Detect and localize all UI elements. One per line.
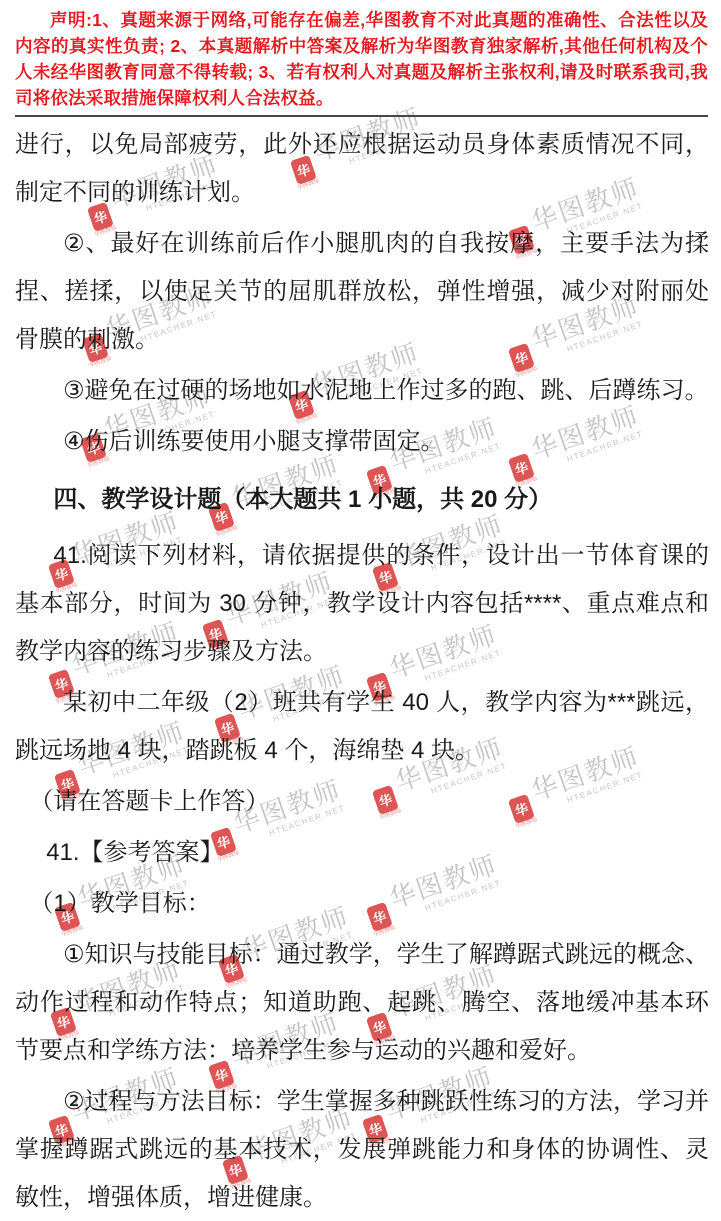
paragraph: ①知识与技能目标：通过教学，学生了解蹲踞式跳远的概念、动作过程和动作特点；知道助… [15, 931, 709, 1075]
disclaimer-label: 声明: [50, 10, 92, 30]
paragraph: （请在答题卡上作答） [15, 778, 709, 826]
paragraph: ②过程与方法目标：学生掌握多种跳跃性练习的方法，学习并掌握蹲踞式跳远的基本技术，… [15, 1078, 709, 1221]
paragraph: 某初中二年级（2）班共有学生 40 人，教学内容为***跳远，跳远场地 4 块，… [15, 679, 709, 775]
section-heading: 四、教学设计题（本大题共 1 小题，共 20 分） [15, 476, 709, 524]
paragraph: 41.阅读下列材料，请依据提供的条件，设计出一节体育课的基本部分，时间为 30 … [15, 532, 709, 676]
document-body: 进行，以免局部疲劳，此外还应根据运动员身体素质情况不同，制定不同的训练计划。②、… [15, 121, 709, 1221]
disclaimer-text: 1、真题来源于网络,可能存在偏差,华图教育不对此真题的准确性、合法性以及内容的真… [15, 10, 708, 108]
paragraph: 进行，以免局部疲劳，此外还应根据运动员身体素质情况不同，制定不同的训练计划。 [15, 121, 709, 217]
disclaimer: 声明:1、真题来源于网络,可能存在偏差,华图教育不对此真题的准确性、合法性以及内… [15, 0, 708, 117]
paragraph: ②、最好在训练前后作小腿肌肉的自我按摩，主要手法为揉捏、搓揉，以使足关节的屈肌群… [15, 220, 709, 364]
document-page: 华华图教师华图教师HTEACHER.NET华华图教师华图教师HTEACHER.N… [0, 0, 721, 1221]
paragraph: 41.【参考答案】 [15, 829, 709, 877]
paragraph: （1）教学目标： [15, 880, 709, 928]
paragraph: ③避免在过硬的场地如水泥地上作过多的跑、跳、后蹲练习。 [15, 367, 709, 415]
paragraph: ④伤后训练要使用小腿支撑带固定。 [15, 418, 709, 466]
